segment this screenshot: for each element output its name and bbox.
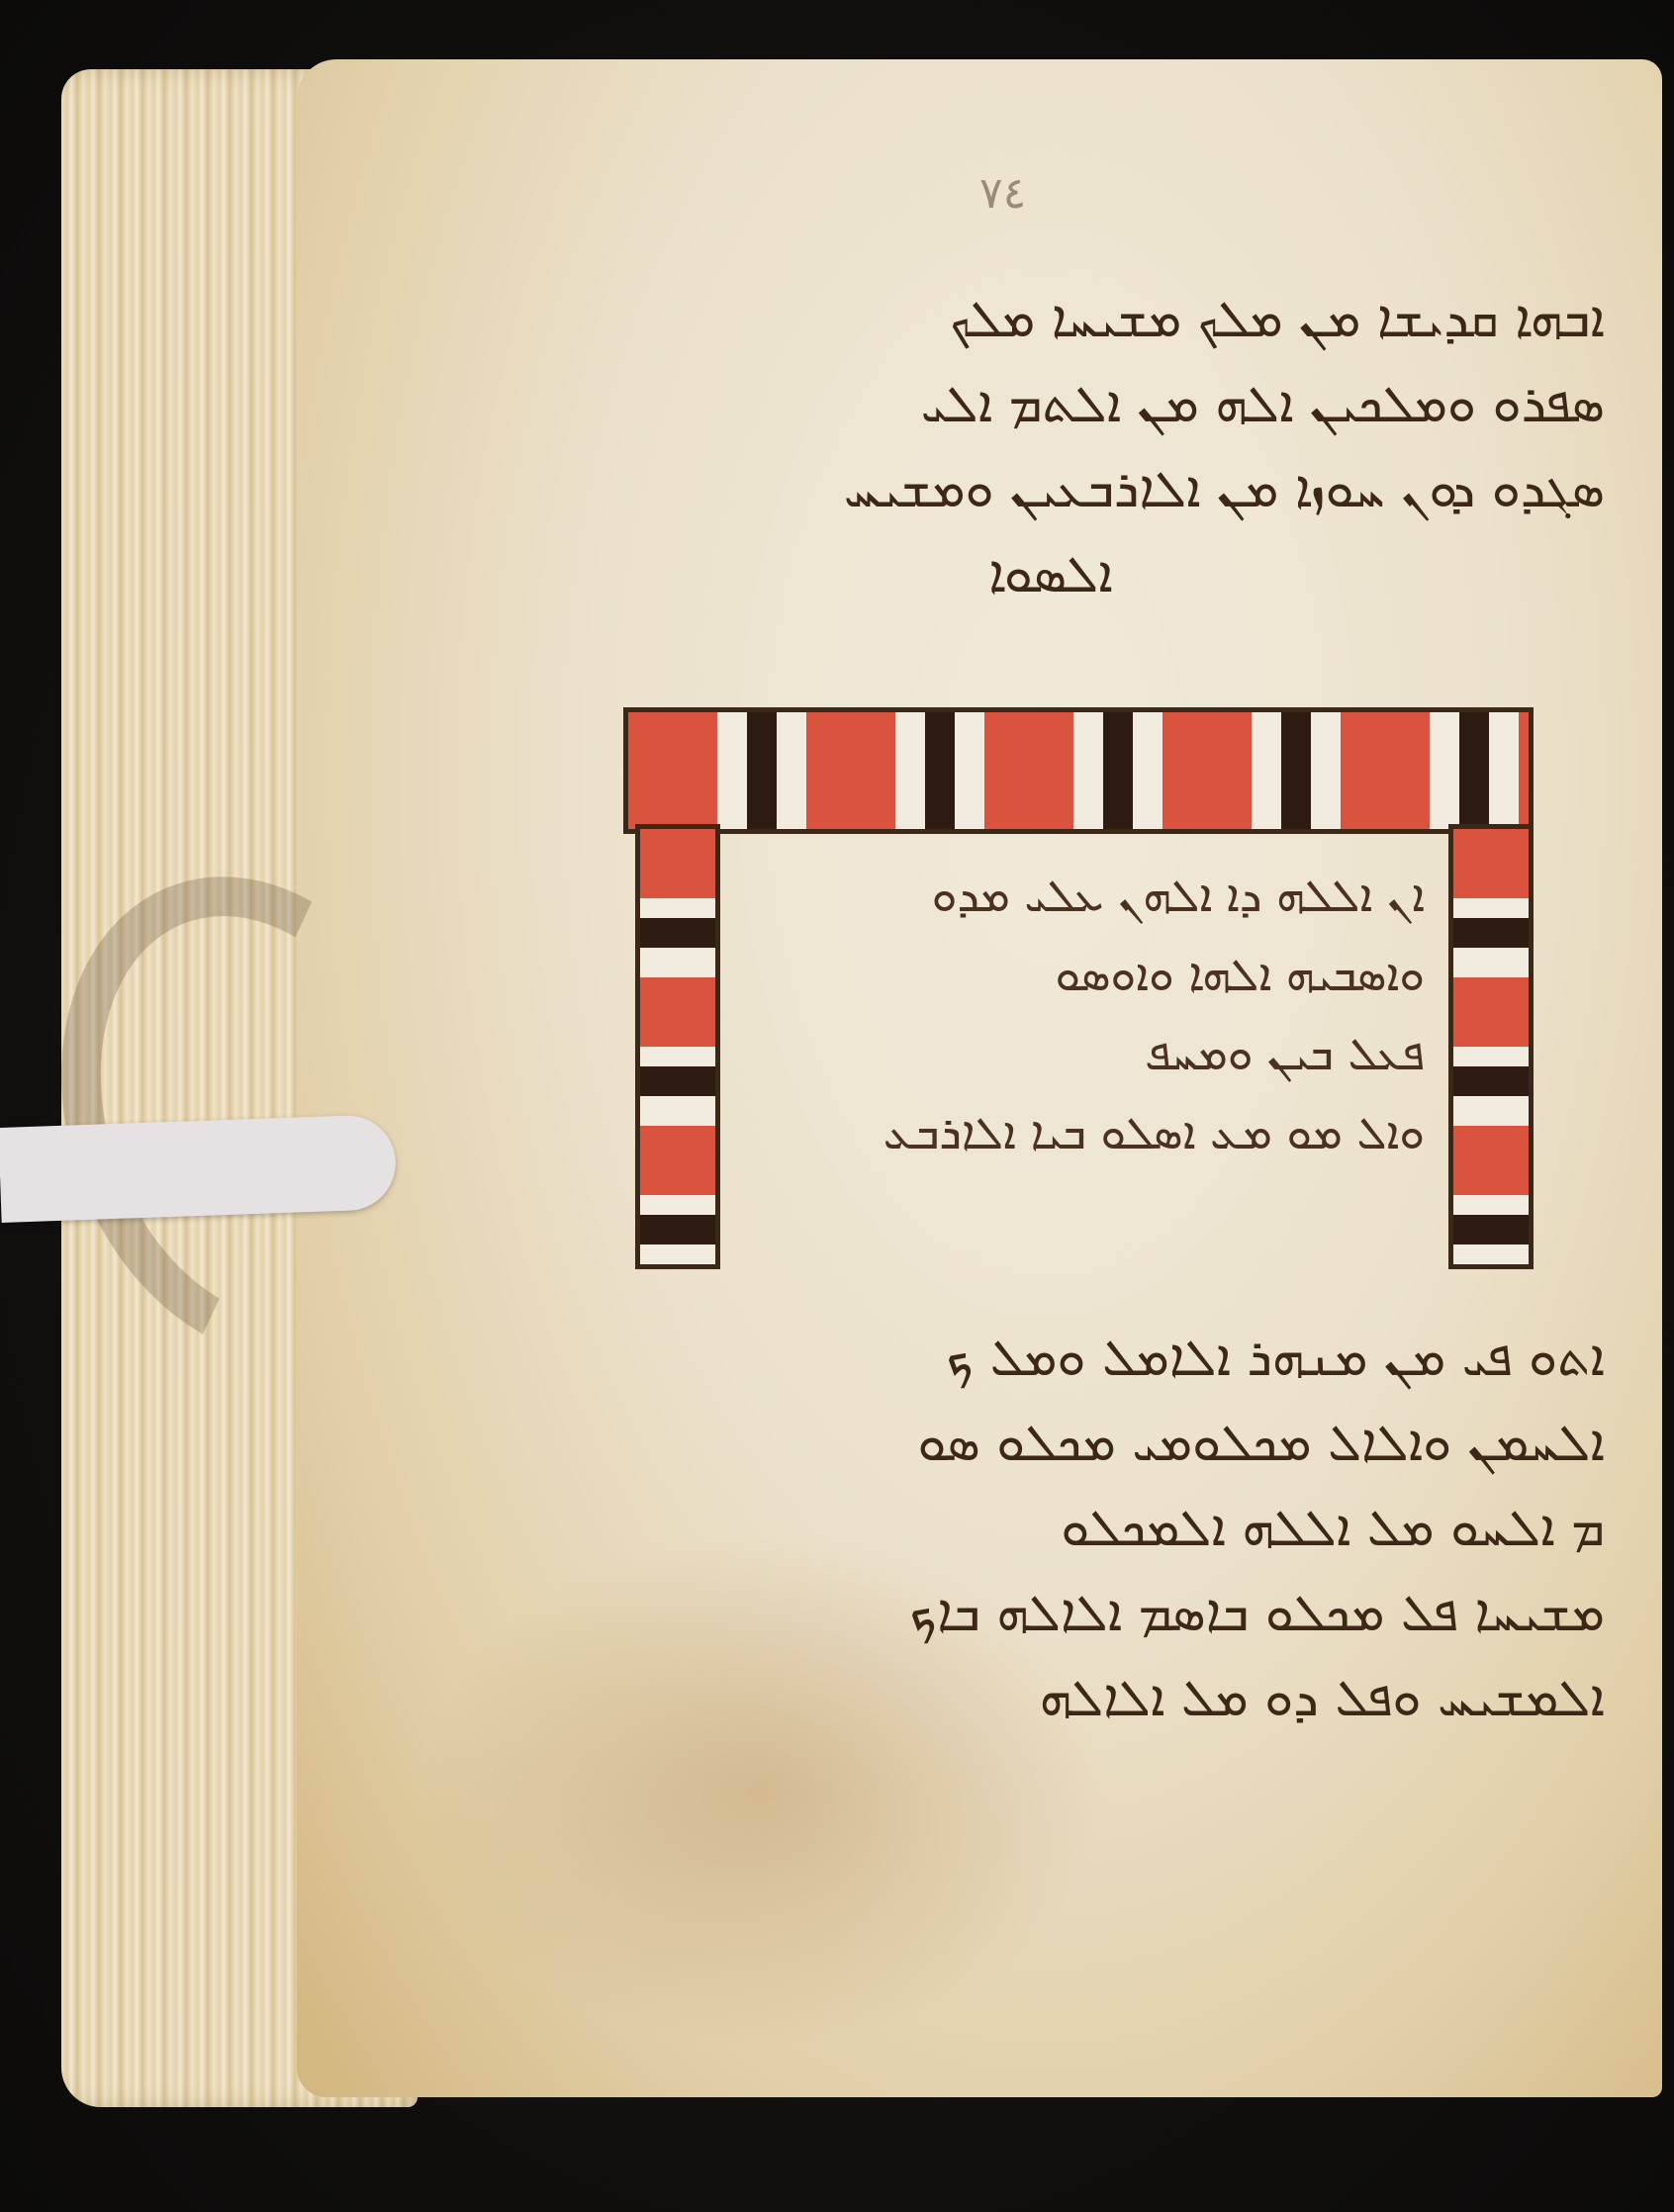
bottom-text-block: ܐܬܘ ܦܝ ܡܢ ܡܢܗܪ ܐܠܐܡܠ ܘܡܠ ܟ ܐܠܚܡܢ ܘܐܠܐܠ ܡ… xyxy=(497,1316,1605,1741)
ornamental-headpiece: ܐܢ ܐܠܠܗ ܕܐ ܐܠܗܢ ܥܠܝ ܡܕܘ ܘܐܣܒܝܗ ܐܠܗܐ ܘܐܘܣ… xyxy=(623,707,1534,1261)
frame-text-block: ܐܢ ܐܠܠܗ ܕܐ ܐܠܗܢ ܥܠܝ ܡܕܘ ܘܐܣܒܝܗ ܐܠܗܐ ܘܐܘܣ… xyxy=(732,856,1425,1172)
text-line: ܐܬܘ ܦܝ ܡܢ ܡܢܗܪ ܐܠܐܡܠ ܘܡܠ ܟ xyxy=(497,1316,1605,1401)
ornament-band-top xyxy=(623,707,1534,834)
text-line: ܡܫܝܚܐ ܦܠ ܡܟܠܘ ܒܐܣܡ ܐܠܐܠܗ ܒܐܟ xyxy=(497,1571,1605,1656)
text-line: ܘܐܠ ܡܘ ܡܥ ܐܣܠܘ ܒܝܐ ܐܠܐܪܒܥ xyxy=(732,1093,1425,1172)
text-line: ܦܥܠ ܒܝܢ ܘܡܚܦ xyxy=(732,1014,1425,1093)
ornament-band-left xyxy=(635,824,720,1269)
ornament-band-right xyxy=(1448,824,1534,1269)
text-line: ܘܐܣܒܝܗ ܐܠܗܐ ܘܐܘܣܘ xyxy=(732,935,1425,1014)
text-line: ܡ ܐܠܚܘ ܡܠ ܐܠܠܗ ܐܠܡܟܠܘ xyxy=(497,1486,1605,1571)
text-line: ܐܒܗܐ ܩܕܝܫܐ ܡܢ ܡܠܟ ܡܫܝܚܐ ܡܠܟ xyxy=(497,277,1605,362)
text-line: ܣܓܕܘ ܕܘܢ ܚܘܙܐ ܡܢ ܐܠܐܪܒܥܝܢ ܘܡܫܝܚ xyxy=(497,447,1605,532)
top-text-block: ܐܒܗܐ ܩܕܝܫܐ ܡܢ ܡܠܟ ܡܫܝܚܐ ܡܠܟ ܣܦܪܘ ܘܡܠܟܝܢ … xyxy=(497,277,1605,617)
text-line: ܣܦܪܘ ܘܡܠܟܝܢ ܐܠܗ ܡܢ ܐܠܬܡ ܐܠܝ xyxy=(497,362,1605,447)
text-line: ܐܠܡܫܝܚ ܘܦܠ ܕܘ ܡܠ ܐܠܐܠܗ xyxy=(497,1656,1605,1741)
folio-number: ٧٤ xyxy=(979,168,1026,219)
text-line: ܐܠܣܘܐ xyxy=(497,532,1605,617)
text-line: ܐܢ ܐܠܠܗ ܕܐ ܐܠܗܢ ܥܠܝ ܡܕܘ xyxy=(732,856,1425,935)
bookmark-strip xyxy=(0,1114,397,1223)
text-line: ܐܠܚܡܢ ܘܐܠܐܠ ܡܟܠܘܡܝ ܡܟܠܘ ܣܘ xyxy=(497,1401,1605,1486)
